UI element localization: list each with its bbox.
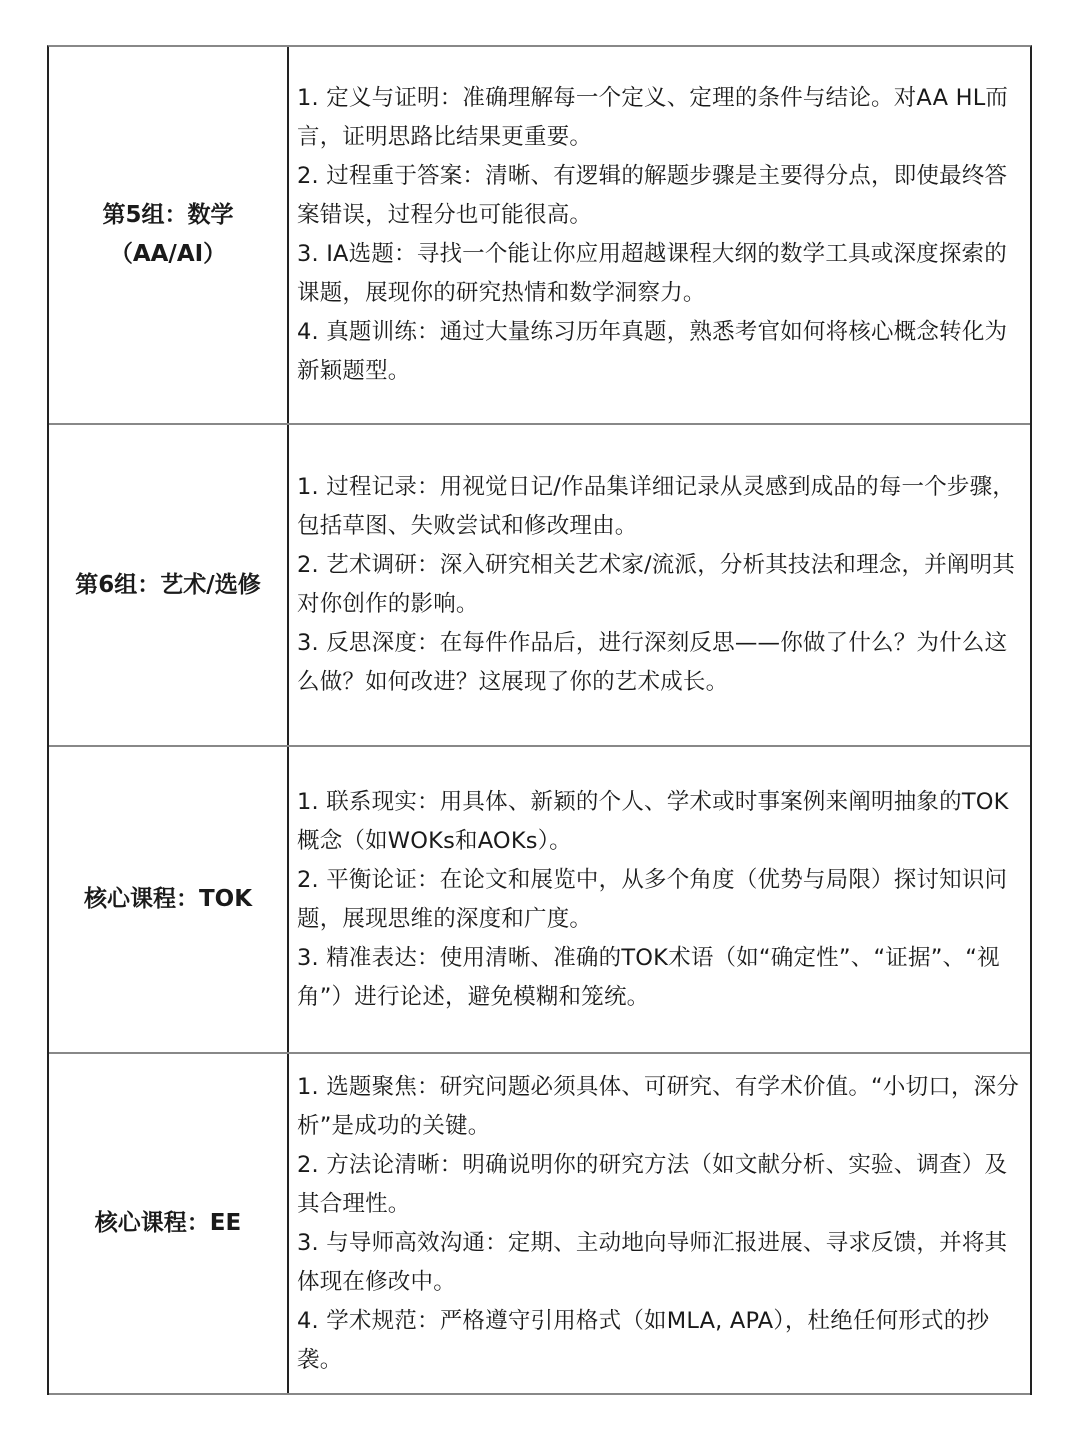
row-content-math: 1. 定义与证明：准确理解每一个定义、定理的条件与结论。对AA HL而言，证明思… [289,47,1030,423]
tip-item: 1. 定义与证明：准确理解每一个定义、定理的条件与结论。对AA HL而言，证明思… [297,79,1022,157]
row-label-line: （AA/AI） [102,235,233,274]
tip-item: 3. 与导师高效沟通：定期、主动地向导师汇报进展、寻求反馈，并将其体现在修改中。 [297,1224,1022,1302]
tip-item: 3. IA选题：寻找一个能让你应用超越课程大纲的数学工具或深度探索的课题，展现你… [297,235,1022,313]
table-row-tok: 核心课程：TOK 1. 联系现实：用具体、新颖的个人、学术或时事案例来阐明抽象的… [49,747,1030,1054]
tip-item: 2. 艺术调研：深入研究相关艺术家/流派，分析其技法和理念，并阐明其对你创作的影… [297,546,1022,624]
table-row-arts: 第6组：艺术/选修 1. 过程记录：用视觉日记/作品集详细记录从灵感到成品的每一… [49,425,1030,747]
tip-item: 4. 真题训练：通过大量练习历年真题，熟悉考官如何将核心概念转化为新颖题型。 [297,313,1022,391]
row-label-line: 第5组：数学 [102,196,233,235]
tip-item: 3. 反思深度：在每件作品后，进行深刻反思——你做了什么？为什么这么做？如何改进… [297,624,1022,702]
row-label-ee: 核心课程：EE [49,1054,289,1393]
tip-item: 1. 过程记录：用视觉日记/作品集详细记录从灵感到成品的每一个步骤，包括草图、失… [297,468,1022,546]
row-label-line: 核心课程：EE [95,1204,241,1243]
tip-item: 1. 联系现实：用具体、新颖的个人、学术或时事案例来阐明抽象的TOK概念（如WO… [297,783,1022,861]
row-label-line: 核心课程：TOK [84,880,252,919]
tip-item: 2. 过程重于答案：清晰、有逻辑的解题步骤是主要得分点，即使最终答案错误，过程分… [297,157,1022,235]
row-content-arts: 1. 过程记录：用视觉日记/作品集详细记录从灵感到成品的每一个步骤，包括草图、失… [289,425,1030,745]
row-label-arts: 第6组：艺术/选修 [49,425,289,745]
row-label-tok: 核心课程：TOK [49,747,289,1052]
tip-item: 3. 精准表达：使用清晰、准确的TOK术语（如“确定性”、“证据”、“视角”）进… [297,939,1022,1017]
tip-item: 1. 选题聚焦：研究问题必须具体、可研究、有学术价值。“小切口，深分析”是成功的… [297,1068,1022,1146]
row-label-math: 第5组：数学 （AA/AI） [49,47,289,423]
table-row-math: 第5组：数学 （AA/AI） 1. 定义与证明：准确理解每一个定义、定理的条件与… [49,47,1030,425]
table-row-ee: 核心课程：EE 1. 选题聚焦：研究问题必须具体、可研究、有学术价值。“小切口，… [49,1054,1030,1395]
tip-item: 2. 平衡论证：在论文和展览中，从多个角度（优势与局限）探讨知识问题，展现思维的… [297,861,1022,939]
row-content-ee: 1. 选题聚焦：研究问题必须具体、可研究、有学术价值。“小切口，深分析”是成功的… [289,1054,1030,1393]
tip-item: 4. 学术规范：严格遵守引用格式（如MLA, APA），杜绝任何形式的抄袭。 [297,1302,1022,1380]
row-label-line: 第6组：艺术/选修 [75,566,260,605]
tip-item: 2. 方法论清晰：明确说明你的研究方法（如文献分析、实验、调查）及其合理性。 [297,1146,1022,1224]
row-content-tok: 1. 联系现实：用具体、新颖的个人、学术或时事案例来阐明抽象的TOK概念（如WO… [289,747,1030,1052]
study-tips-table: 第5组：数学 （AA/AI） 1. 定义与证明：准确理解每一个定义、定理的条件与… [47,45,1032,1395]
